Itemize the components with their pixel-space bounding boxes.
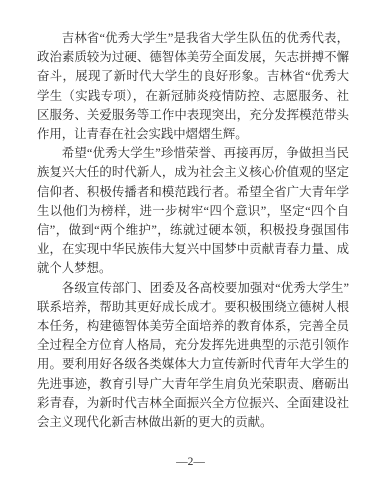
page-footer: —2— xyxy=(0,452,381,470)
page-number: —2— xyxy=(176,456,205,468)
paragraph-1: 吉林省“优秀大学生”是我省大学生队伍的优秀代表，政治素质较为过硬、德智体美劳全面… xyxy=(37,29,349,144)
document-body: 吉林省“优秀大学生”是我省大学生队伍的优秀代表，政治素质较为过硬、德智体美劳全面… xyxy=(37,29,349,432)
paragraph-2: 希望“优秀大学生”珍惜荣誉、再接再厉，争做担当民族复兴大任的时代新人，成为社会主… xyxy=(37,144,349,278)
document-page: 吉林省“优秀大学生”是我省大学生队伍的优秀代表，政治素质较为过硬、德智体美劳全面… xyxy=(0,0,381,485)
paragraph-3: 各级宣传部门、团委及各高校要加强对“优秀大学生”联系培养，帮助其更好成长成才。要… xyxy=(37,279,349,433)
